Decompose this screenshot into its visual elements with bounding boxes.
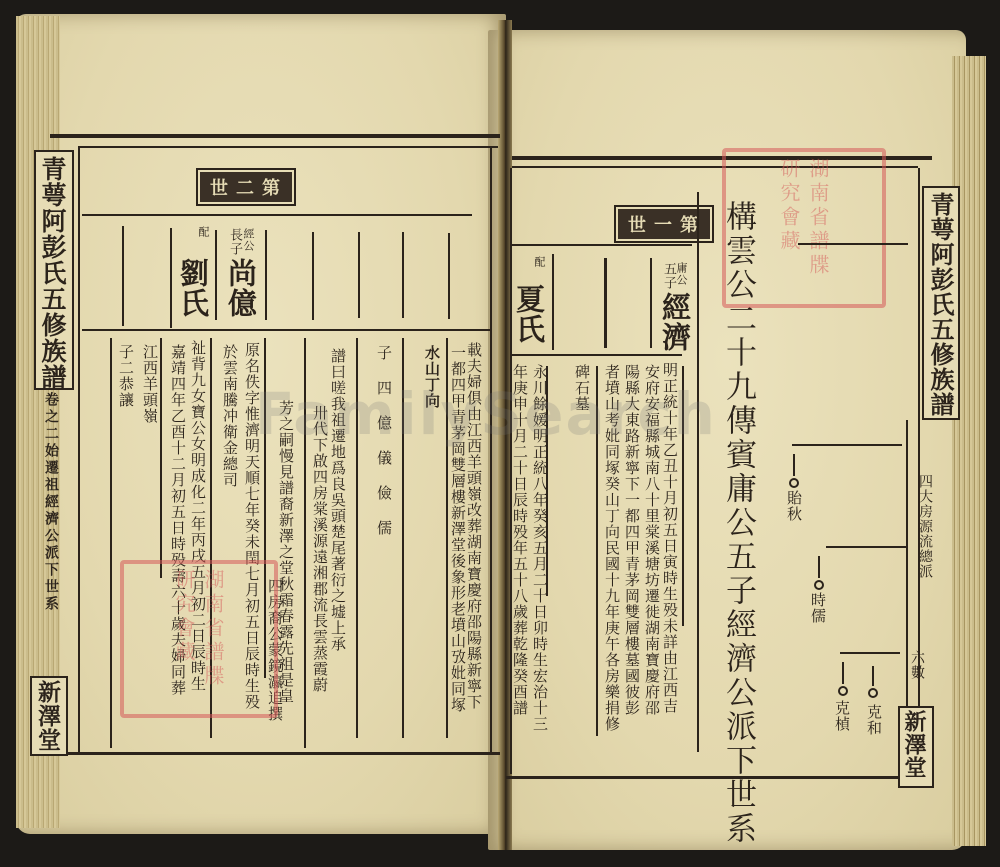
seal-text: 湖南省譜牒研究會藏 [170, 569, 228, 709]
left-person-row-bottom [82, 329, 492, 331]
grid-line [604, 258, 607, 348]
person-relation-note: 經公 [243, 228, 254, 252]
right-spine-hall-block: 新澤堂 [898, 706, 934, 788]
tree-line [798, 243, 908, 245]
right-person-row-bottom [512, 354, 682, 356]
side-label: 四大房源流總派 [918, 474, 932, 579]
generation-label-2: 第 二 世 [196, 168, 296, 206]
tree-line [818, 556, 820, 578]
gen-char: 世 [210, 174, 230, 200]
spine-hall-block: 新澤堂 [30, 676, 68, 756]
spouse-name: 夏氏 [514, 284, 543, 344]
tree-line [793, 454, 795, 476]
right-spine-title-block: 青萼阿彭氏五修族譜 [922, 186, 960, 420]
collection-seal-right: 湖南省譜牒研究會藏 [722, 148, 886, 308]
spine-volume: 卷之二始遷祖經濟公派下世系 [44, 392, 58, 613]
descendant-name: 時儒 [810, 592, 825, 624]
bio-column: 於雲南騰冲衛金總司 [222, 344, 237, 488]
grid-line [215, 230, 217, 320]
grid-line [122, 226, 124, 326]
tree-line [826, 546, 906, 548]
gen-char: 一 [654, 211, 674, 237]
grid-line [650, 258, 652, 348]
spouse-prefix: 配 [198, 226, 209, 238]
collection-seal-left: 湖南省譜牒研究會藏 [120, 560, 278, 718]
person-name: 經濟 [660, 292, 689, 352]
grid-line [358, 232, 360, 318]
spine-hall: 新澤堂 [36, 680, 59, 752]
grid-line [170, 228, 172, 328]
header-column-line [697, 192, 699, 752]
bio-column: 卅代下啟四房棠溪源遠湘郡流長雲蒸霞蔚 [312, 405, 327, 693]
gen-char: 世 [628, 211, 648, 237]
spouse-name: 劉氏 [178, 258, 207, 318]
tree-node [838, 686, 848, 696]
seal-text: 湖南省譜牒研究會藏 [775, 158, 833, 298]
left-inner-top-border [78, 146, 498, 148]
tree-node [789, 478, 799, 488]
right-person-row-top [512, 244, 692, 246]
col-line [160, 338, 162, 578]
tree-line [792, 444, 902, 446]
left-bottom-border [44, 752, 500, 755]
tree-line [840, 652, 900, 654]
grid-line [552, 254, 554, 350]
gen-char: 二 [236, 174, 256, 200]
grid-line [402, 232, 404, 318]
left-person-row-top [82, 214, 472, 216]
spine-title-block: 青萼阿彭氏五修族譜 [34, 150, 74, 390]
person-relation: 五子 [662, 262, 675, 290]
person-relation: 長子 [228, 228, 241, 256]
bio-column: 子二恭讓 [118, 344, 133, 408]
spine-title: 青萼阿彭氏五修族譜 [40, 156, 65, 390]
familysearch-watermark: FamilySearch [255, 380, 717, 448]
spine-hall: 新澤堂 [903, 710, 925, 779]
tree-line [872, 666, 874, 686]
tree-node [814, 580, 824, 590]
person-relation-note: 庸公 [676, 262, 687, 286]
tree-node [868, 688, 878, 698]
grid-line [312, 232, 314, 320]
right-margin-line [918, 168, 920, 774]
descendant-name: 貽秋 [786, 490, 801, 522]
tree-line [842, 662, 844, 684]
grid-line [265, 230, 267, 320]
spouse-prefix: 配 [534, 256, 545, 268]
grid-line [448, 233, 450, 319]
left-margin-line [78, 148, 80, 753]
bio-column: 江西羊頭嶺 [142, 344, 157, 424]
tab-label: 六數 [910, 650, 924, 680]
left-top-border [50, 134, 500, 138]
spine-title: 青萼阿彭氏五修族譜 [928, 192, 952, 417]
col-line [110, 338, 112, 748]
generation-label-1: 第 一 世 [614, 205, 714, 243]
descendant-name: 克和 [866, 704, 881, 736]
descendant-name: 克楨 [834, 700, 849, 732]
right-bottom-border [506, 776, 926, 779]
gen-char: 第 [262, 174, 282, 200]
sons-list: 子四億儀儉儒 [376, 345, 391, 555]
person-name: 尚億 [226, 258, 255, 318]
right-page-edges [952, 56, 986, 846]
left-right-margin-line [490, 148, 492, 753]
